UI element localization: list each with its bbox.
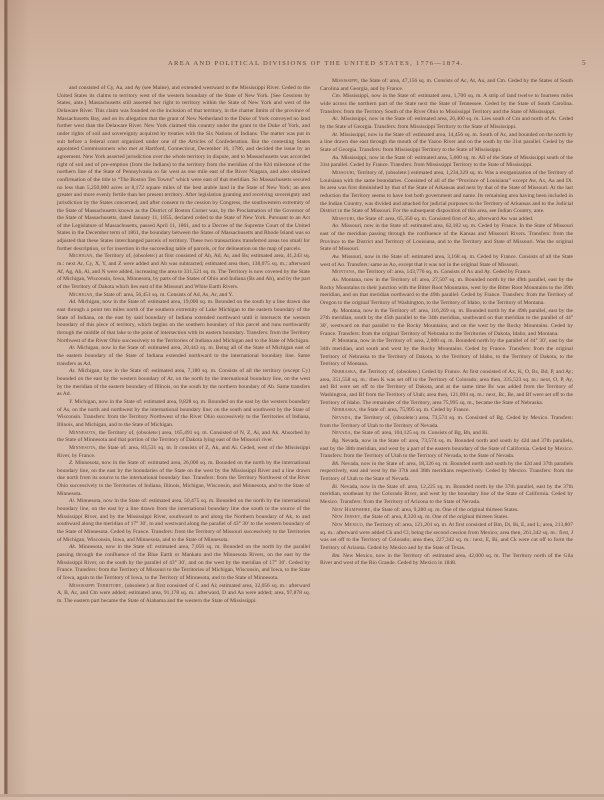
- entry-paragraph: Bi. Nevada, now in the State of: area, 1…: [320, 484, 573, 507]
- entry-paragraph: Bm. New Mexico, now in the Territory of:…: [320, 553, 573, 568]
- entry-text: New Mexico, now in the Territory of: est…: [320, 553, 573, 567]
- entry-paragraph: Aw. Missouri, now in the State of: estim…: [320, 254, 573, 269]
- entry-paragraph: Minnesota, the Territory of, (obsolete:)…: [57, 430, 310, 445]
- entry-text: Michigan, now in the State of: estimated…: [57, 345, 310, 366]
- entry-text: the Territory of, (obsolete.) Ceded by F…: [320, 369, 573, 406]
- parcel-code: Ao.: [332, 223, 340, 229]
- entry-text: Mississippi, now in the State of: estima…: [320, 132, 573, 153]
- page-number: 5: [582, 59, 586, 67]
- parcel-code: Y.: [69, 399, 73, 405]
- page-bottom-edge: [0, 794, 604, 797]
- parcel-code: Ai.: [69, 498, 75, 504]
- parcel-code: P.: [332, 338, 336, 344]
- entry-paragraph: P. Montana, now in the Territory of: are…: [320, 338, 573, 369]
- entry-paragraph: Z. Minnesota, now in the State of: estim…: [57, 460, 310, 498]
- entry-heading: Minnesota,: [69, 430, 97, 436]
- gutter-shadow: [8, 0, 30, 797]
- entry-paragraph: Mississippi Territory, (obsolete:) at fi…: [57, 583, 310, 606]
- parcel-code: Z.: [69, 460, 73, 466]
- entry-text: Mississippi, now in the State of: estima…: [320, 93, 573, 114]
- parcel-code: Ay.: [332, 308, 339, 314]
- entry-heading: New Mexico,: [332, 522, 364, 528]
- parcel-code: Bm.: [332, 553, 341, 559]
- entry-heading: Missouri,: [332, 216, 356, 222]
- entry-heading: Mississippi Territory,: [69, 583, 123, 589]
- running-title: Area and Political Divisions of the Unit…: [168, 60, 588, 67]
- entry-text: Missouri, now in the State of: estimated…: [320, 254, 573, 268]
- entry-text: Nevada, now in the State of: area, 73,57…: [320, 438, 573, 459]
- entry-text: Minnesota, now in the State of: estimate…: [57, 544, 310, 581]
- parcel-code: Cm.: [332, 93, 341, 99]
- entry-paragraph: Missouri, Territory of, (obsolete:) esti…: [320, 170, 573, 216]
- left-column: and consisted of Cy, Aa, and Ay (see Mai…: [57, 85, 310, 606]
- right-column: Mississippi, the State of: area, 47,156 …: [320, 78, 573, 568]
- entry-heading: Nevada,: [332, 415, 352, 421]
- entry-text: Nevada, now in the State of: area, 12,22…: [320, 484, 573, 505]
- entry-paragraph: Ax. Montana, now in the Territory of: ar…: [320, 277, 573, 308]
- entry-heading: Michigan,: [69, 253, 94, 259]
- entry-paragraph: As. Michigan, now in the State of: estim…: [57, 368, 310, 399]
- entry-paragraph: Minnesota, the State of: area, 83,531 sq…: [57, 445, 310, 460]
- entry-text: Missouri, now in the State of: estimated…: [320, 223, 573, 252]
- parcel-code: Ak.: [69, 544, 76, 550]
- entry-paragraph: Ad. Michigan, now in the State of: estim…: [57, 299, 310, 345]
- parcel-code: Ax.: [332, 277, 339, 283]
- entry-text: Montana, now in the Territory of: area, …: [320, 338, 573, 367]
- entry-text: the State of: area, 104,125 sq. m. Consi…: [354, 430, 489, 436]
- entry-paragraph: Bh. Nevada, now in the State of: area, 1…: [320, 461, 573, 484]
- entry-heading: Michigan,: [69, 292, 94, 298]
- entry-text: Michigan, now in the State of: estimated…: [57, 368, 310, 397]
- entry-heading: Mississippi,: [332, 78, 359, 84]
- entry-paragraph: Ai. Minnesota, now in the State of: esti…: [57, 498, 310, 544]
- entry-paragraph: Mississippi, the State of: area, 47,156 …: [320, 78, 573, 93]
- entry-heading: Minnesota,: [69, 445, 97, 451]
- entry-paragraph: Au. Mississippi, now in the State of: es…: [320, 155, 573, 170]
- entry-text: Michigan, now in the State of: estimated…: [57, 299, 310, 343]
- entry-paragraph: and consisted of Cy, Aa, and Ay (see Mai…: [57, 85, 310, 253]
- entry-heading: Missouri,: [332, 170, 356, 176]
- entry-text: the Territory of, (obsolete:) at first c…: [57, 253, 310, 290]
- document-page: Area and Political Divisions of the Unit…: [0, 0, 604, 797]
- entry-paragraph: New Jersey, the State of: area, 8,320 sq…: [320, 514, 573, 522]
- entry-text: Montana, now in the Territory of: area, …: [320, 308, 573, 337]
- entry-heading: Nebraska,: [332, 407, 358, 413]
- entry-text: the State of: area, 65,350 sq. m. Consis…: [357, 216, 533, 222]
- entry-text: the Territory of: area, 143,776 sq. m. C…: [358, 269, 532, 275]
- entry-paragraph: Michigan, the Territory of, (obsolete:) …: [57, 253, 310, 291]
- entry-text: Mississippi, now in the State of: estima…: [320, 116, 573, 130]
- entry-heading: Nevada,: [332, 430, 352, 436]
- entry-paragraph: Ar. Michigan, now in the State of: estim…: [57, 345, 310, 368]
- entry-paragraph: Nebraska, the State of: area, 75,995 sq.…: [320, 407, 573, 415]
- parcel-code: Aw.: [332, 254, 340, 260]
- entry-text: the State of: area, 75,995 sq. m. Ceded …: [359, 407, 470, 413]
- entry-paragraph: Nevada, the Territory of, (obsolete:) ar…: [320, 415, 573, 430]
- parcel-code: Bg.: [332, 438, 340, 444]
- entry-text: Michigan, now in the State of: estimated…: [57, 399, 310, 428]
- entry-paragraph: Bg. Nevada, now in the State of: area, 7…: [320, 438, 573, 461]
- entry-paragraph: Montana, the Territory of: area, 143,776…: [320, 269, 573, 277]
- entry-heading: New Jersey,: [332, 514, 362, 520]
- entry-paragraph: Nebraska, the Territory of, (obsolete.) …: [320, 369, 573, 407]
- entry-text: the State of: area, 56,451 sq. m. Consis…: [95, 292, 233, 298]
- entry-text: the State of: area, 9,280 sq. m. One of …: [373, 507, 518, 513]
- parcel-code: Ar.: [69, 345, 75, 351]
- parcel-code: Ad.: [69, 299, 77, 305]
- entry-paragraph: New Mexico, the Territory of: area, 121,…: [320, 522, 573, 553]
- entry-text: Minnesota, now in the State of: estimate…: [57, 498, 310, 542]
- parcel-code: At.: [332, 132, 338, 138]
- entry-heading: New Hampshire,: [332, 507, 372, 513]
- entry-paragraph: Ak. Minnesota, now in the State of: esti…: [57, 544, 310, 582]
- entry-paragraph: Cm. Mississippi, now in the State of: es…: [320, 93, 573, 116]
- entry-paragraph: Ao. Missouri, now in the State of: estim…: [320, 223, 573, 254]
- entry-paragraph: Y. Michigan, now in the State of: estima…: [57, 399, 310, 430]
- entry-text: Minnesota, now in the State of: estimate…: [57, 460, 310, 497]
- entry-heading: Nebraska,: [332, 369, 358, 375]
- entry-paragraph: Nevada, the State of: area, 104,125 sq. …: [320, 430, 573, 438]
- entry-heading: Montana,: [332, 269, 357, 275]
- entry-text: the Territory of, (obsolete:) area, 73,5…: [320, 415, 573, 429]
- parcel-code: As.: [69, 368, 76, 374]
- parcel-code: Au.: [332, 155, 340, 161]
- entry-text: Nevada, now in the State of: area, 18,32…: [320, 461, 573, 482]
- parcel-code: Bi.: [332, 484, 338, 490]
- entry-paragraph: At. Mississippi, now in the State of: es…: [320, 132, 573, 155]
- parcel-code: Bh.: [332, 461, 340, 467]
- entry-paragraph: Ac. Mississippi, now in the State of: es…: [320, 116, 573, 131]
- entry-text: Territory of, (obsolete:) estimated area…: [320, 170, 573, 214]
- entry-paragraph: Ay. Montana, now in the Territory of: ar…: [320, 308, 573, 339]
- entry-text: and consisted of Cy, Aa, and Ay (see Mai…: [57, 85, 310, 252]
- entry-text: Mississippi, now in the State of: estima…: [320, 155, 573, 169]
- entry-text: the State of: area, 8,320 sq. m. One of …: [363, 514, 508, 520]
- parcel-code: Ac.: [332, 116, 339, 122]
- entry-text: Montana, now in the Territory of: area, …: [320, 277, 573, 306]
